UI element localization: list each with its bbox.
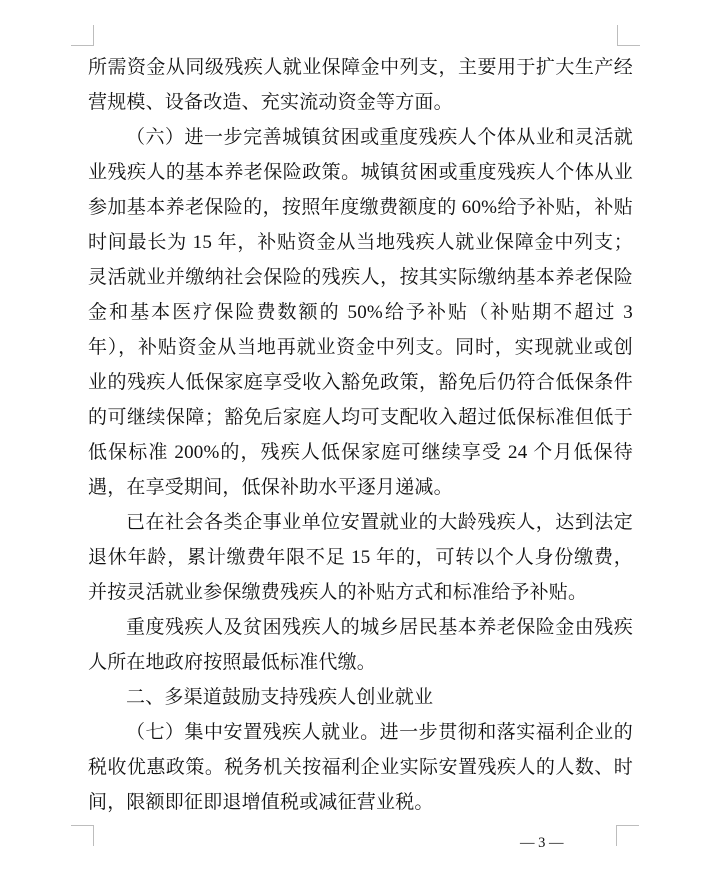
crop-mark-top-left bbox=[71, 25, 94, 46]
paragraph-item-7: （七）集中安置残疾人就业。进一步贯彻和落实福利企业的税收优惠政策。税务机关按福利… bbox=[88, 715, 633, 820]
document-page: { "page": { "background": "#ffffff", "te… bbox=[0, 0, 703, 873]
page-number: — 3 — bbox=[520, 834, 620, 852]
paragraph-continuation: 所需资金从同级残疾人就业保障金中列支，主要用于扩大生产经营规模、设备改造、充实流… bbox=[88, 50, 633, 120]
document-body: 所需资金从同级残疾人就业保障金中列支，主要用于扩大生产经营规模、设备改造、充实流… bbox=[88, 50, 633, 820]
section-heading: 二、多渠道鼓励支持残疾人创业就业 bbox=[88, 680, 633, 715]
paragraph-item-6: （六）进一步完善城镇贫困或重度残疾人个体从业和灵活就业残疾人的基本养老保险政策。… bbox=[88, 120, 633, 505]
paragraph-severe-disabled: 重度残疾人及贫困残疾人的城乡居民基本养老保险金由残疾人所在地政府按照最低标准代缴… bbox=[88, 610, 633, 680]
crop-mark-bottom-left bbox=[71, 825, 94, 846]
crop-mark-top-right bbox=[617, 25, 640, 46]
paragraph-older-disabled: 已在社会各类企事业单位安置就业的大龄残疾人，达到法定退休年龄，累计缴费年限不足 … bbox=[88, 505, 633, 610]
